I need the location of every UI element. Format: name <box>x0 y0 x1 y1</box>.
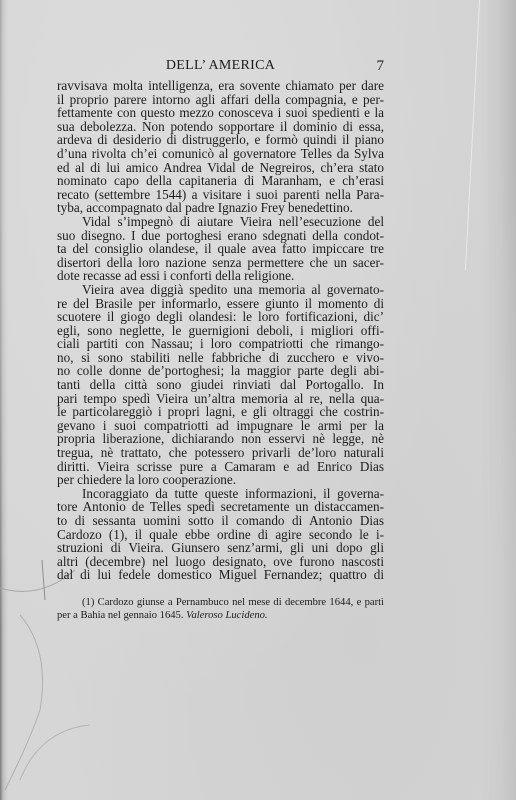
text-line: d’una rivolta ch’ei comunicò al governat… <box>57 147 384 161</box>
text-line: propria liberazione, dichiarando non ess… <box>57 432 384 446</box>
footnote-text: per a Bahia nel gennaio 1645. <box>57 610 186 621</box>
text-line: pari tempo spedì Vieira un’altra memoria… <box>57 392 384 406</box>
footnote: (1) Cardozo giunse a Pernambuco nel mese… <box>57 596 384 622</box>
text-line: ta del consiglio olandese, il quale avea… <box>57 242 384 256</box>
text-line: dal di lui fedele domestico Miguel Ferna… <box>57 568 384 582</box>
text-line: no colle donne de’portoghesi; la maggior… <box>57 364 384 378</box>
text-line: suo disegno. I due portoghesi erano sdeg… <box>57 229 384 243</box>
text-line: ravvisava molta intelligenza, era sovent… <box>57 79 384 93</box>
text-line: gevano i suoi compatriotti ad impugnare … <box>57 419 384 433</box>
footnote-line: (1) Cardozo giunse a Pernambuco nel mese… <box>57 596 384 609</box>
page-number: 7 <box>377 58 385 75</box>
text-line: ed al di lui amico Andrea Vidal de Negre… <box>57 161 384 175</box>
text-line: disertori della loro nazione senza perme… <box>57 256 384 270</box>
text-line: scuotere il giogo degli olandesi: le lor… <box>57 310 384 324</box>
text-line: sua debolezza. Non potendo sopportare il… <box>57 120 384 134</box>
text-line: il proprio parere intorno agli affari de… <box>57 93 384 107</box>
text-line: to di sessanta uomini sotto il comando d… <box>57 514 384 528</box>
text-line: ciali partiti con Nassau; i loro compatr… <box>57 337 384 351</box>
text-line: tore Antonio de Telles spedì secretament… <box>57 500 384 514</box>
text-line: tanti della città sono giudei rinviati d… <box>57 378 384 392</box>
footnote-line: per a Bahia nel gennaio 1645. Valeroso L… <box>57 609 384 622</box>
text-line: nominato capo della capitaneria di Maran… <box>57 174 384 188</box>
page-header: DELL’ AMERICA 7 <box>57 58 384 74</box>
paragraph-start: Vidal s’impegnò di aiutare Vieira nell’e… <box>57 215 384 229</box>
text-line: per chiedere la loro cooperazione. <box>57 473 384 487</box>
text-line: le particolareggiò i propri lagni, e gli… <box>57 405 384 419</box>
paragraph-start: Incoraggiato da tutte queste informazion… <box>57 487 384 501</box>
text-line: recato (settembre 1544) a visitare i suo… <box>57 188 384 202</box>
text-line: re del Brasile per informarlo, essere gi… <box>57 297 384 311</box>
paragraph-start: Vieira avea diggià spedito una memoria a… <box>57 283 384 297</box>
text-line: fettamente con questo mezzo conosceva i … <box>57 106 384 120</box>
text-line: no, si sono stabiliti nelle fabbriche di… <box>57 351 384 365</box>
footnote-source: Valeroso Lucideno. <box>186 610 267 621</box>
text-line: altri (decembre) nel luogo designato, ov… <box>57 555 384 569</box>
scanned-page: DELL’ AMERICA 7 ravvisava molta intellig… <box>0 0 516 800</box>
text-line: egli, sono neglette, le guernigioni debo… <box>57 324 384 338</box>
text-line: diritti. Vieira scrisse pure a Camaram e… <box>57 460 384 474</box>
text-line: dote recasse ad essi i conforti della re… <box>57 269 384 283</box>
running-title: DELL’ AMERICA <box>57 58 384 74</box>
text-line: tregua, nè trattato, che potessero priva… <box>57 446 384 460</box>
text-line: tyba, accompagnato dal padre Ignazio Fre… <box>57 201 384 215</box>
paper-crease <box>465 0 482 270</box>
text-line: Cardozo (1), il quale ebbe ordine di agi… <box>57 528 384 542</box>
text-line: ardeva di desiderio di distruggerlo, e f… <box>57 133 384 147</box>
body-text: ravvisava molta intelligenza, era sovent… <box>57 79 384 582</box>
text-line: struzioni di Vieira. Giunsero senz’armi,… <box>57 541 384 555</box>
